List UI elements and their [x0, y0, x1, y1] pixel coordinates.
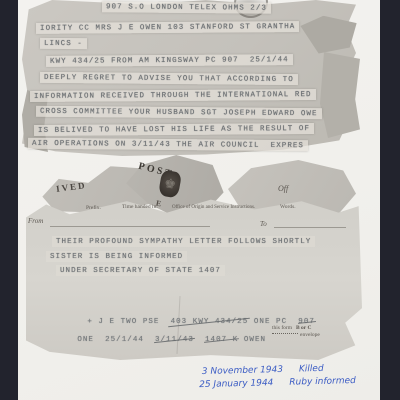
- footnote-text: envelope: [300, 332, 320, 338]
- form-footnote: this formB or C envelope: [272, 325, 320, 339]
- telegram-fragment-bottom: IVED POST ♚ E Off Prefix. Time handed in…: [26, 158, 364, 362]
- struck-text: 1407 K: [205, 336, 238, 344]
- struck-text: 403 KWY 434/25: [171, 318, 249, 326]
- form-words-label: Words.: [280, 204, 296, 210]
- annotation-note: Killed: [299, 363, 324, 377]
- telegram-line: LINCS -: [40, 38, 87, 49]
- telegram-line: IS BELIVED TO HAVE LOST HIS LIFE AS THE …: [34, 123, 314, 136]
- from-rule-line: [50, 226, 210, 227]
- telegram-line: INFORMATION RECEIVED THROUGH THE INTERNA…: [30, 89, 316, 102]
- to-rule-line: [274, 227, 346, 228]
- telegram-line: DEEPLY REGRET TO ADVISE YOU THAT ACCORDI…: [40, 72, 298, 85]
- service-text: ONE 25/1/44: [77, 336, 155, 344]
- footnote-code: B or C: [296, 325, 311, 331]
- telegram-line: IORITY CC MRS J E OWEN 103 STANFORD ST G…: [36, 21, 299, 34]
- annotation-note: Ruby informed: [289, 375, 356, 390]
- footnote-text: this form: [272, 325, 292, 331]
- annotation-date: 25 January 1944: [199, 377, 274, 392]
- form-time-label: Time handed in.: [122, 204, 158, 210]
- handwritten-annotation: 3 November 1943 Killed 25 January 1944 R…: [202, 362, 356, 392]
- off-label-fragment: Off: [278, 184, 288, 193]
- form-from-label: From: [28, 217, 43, 225]
- torn-paper-patch: [320, 52, 360, 138]
- album-page: 907 S.O LONDON TELEX OHMS 2/3 IORITY CC …: [18, 0, 380, 400]
- telegram-line: UNDER SECRETARY OF STATE 1407: [56, 265, 225, 276]
- telegram-line: KWY 434/25 FROM AM KINGSWAY PC 907 25/1/…: [46, 54, 293, 67]
- form-origin-label: Office of Origin and Service Instruction…: [172, 205, 255, 210]
- annotation-row: 25 January 1944 Ruby informed: [199, 375, 356, 392]
- telegram-fragment-top: 907 S.O LONDON TELEX OHMS 2/3 IORITY CC …: [22, 0, 356, 156]
- telegram-service-line: ONE 25/1/44 3/11/43 1407 K OWEN: [44, 328, 266, 352]
- dotted-rule: [272, 333, 298, 334]
- form-to-label: To: [260, 220, 267, 228]
- form-prefix-label: Prefix.: [86, 205, 101, 211]
- telegram-line: THEIR PROFOUND SYMPATHY LETTER FOLLOWS S…: [52, 236, 315, 247]
- telegram-line: 907 S.O LONDON TELEX OHMS 2/3: [102, 1, 271, 13]
- service-text: OWEN: [238, 336, 266, 344]
- service-text: + J E TWO PSE: [87, 318, 170, 326]
- telegram-line: SISTER IS BEING INFORMED: [46, 251, 187, 262]
- struck-text: 3/11/43: [155, 336, 194, 344]
